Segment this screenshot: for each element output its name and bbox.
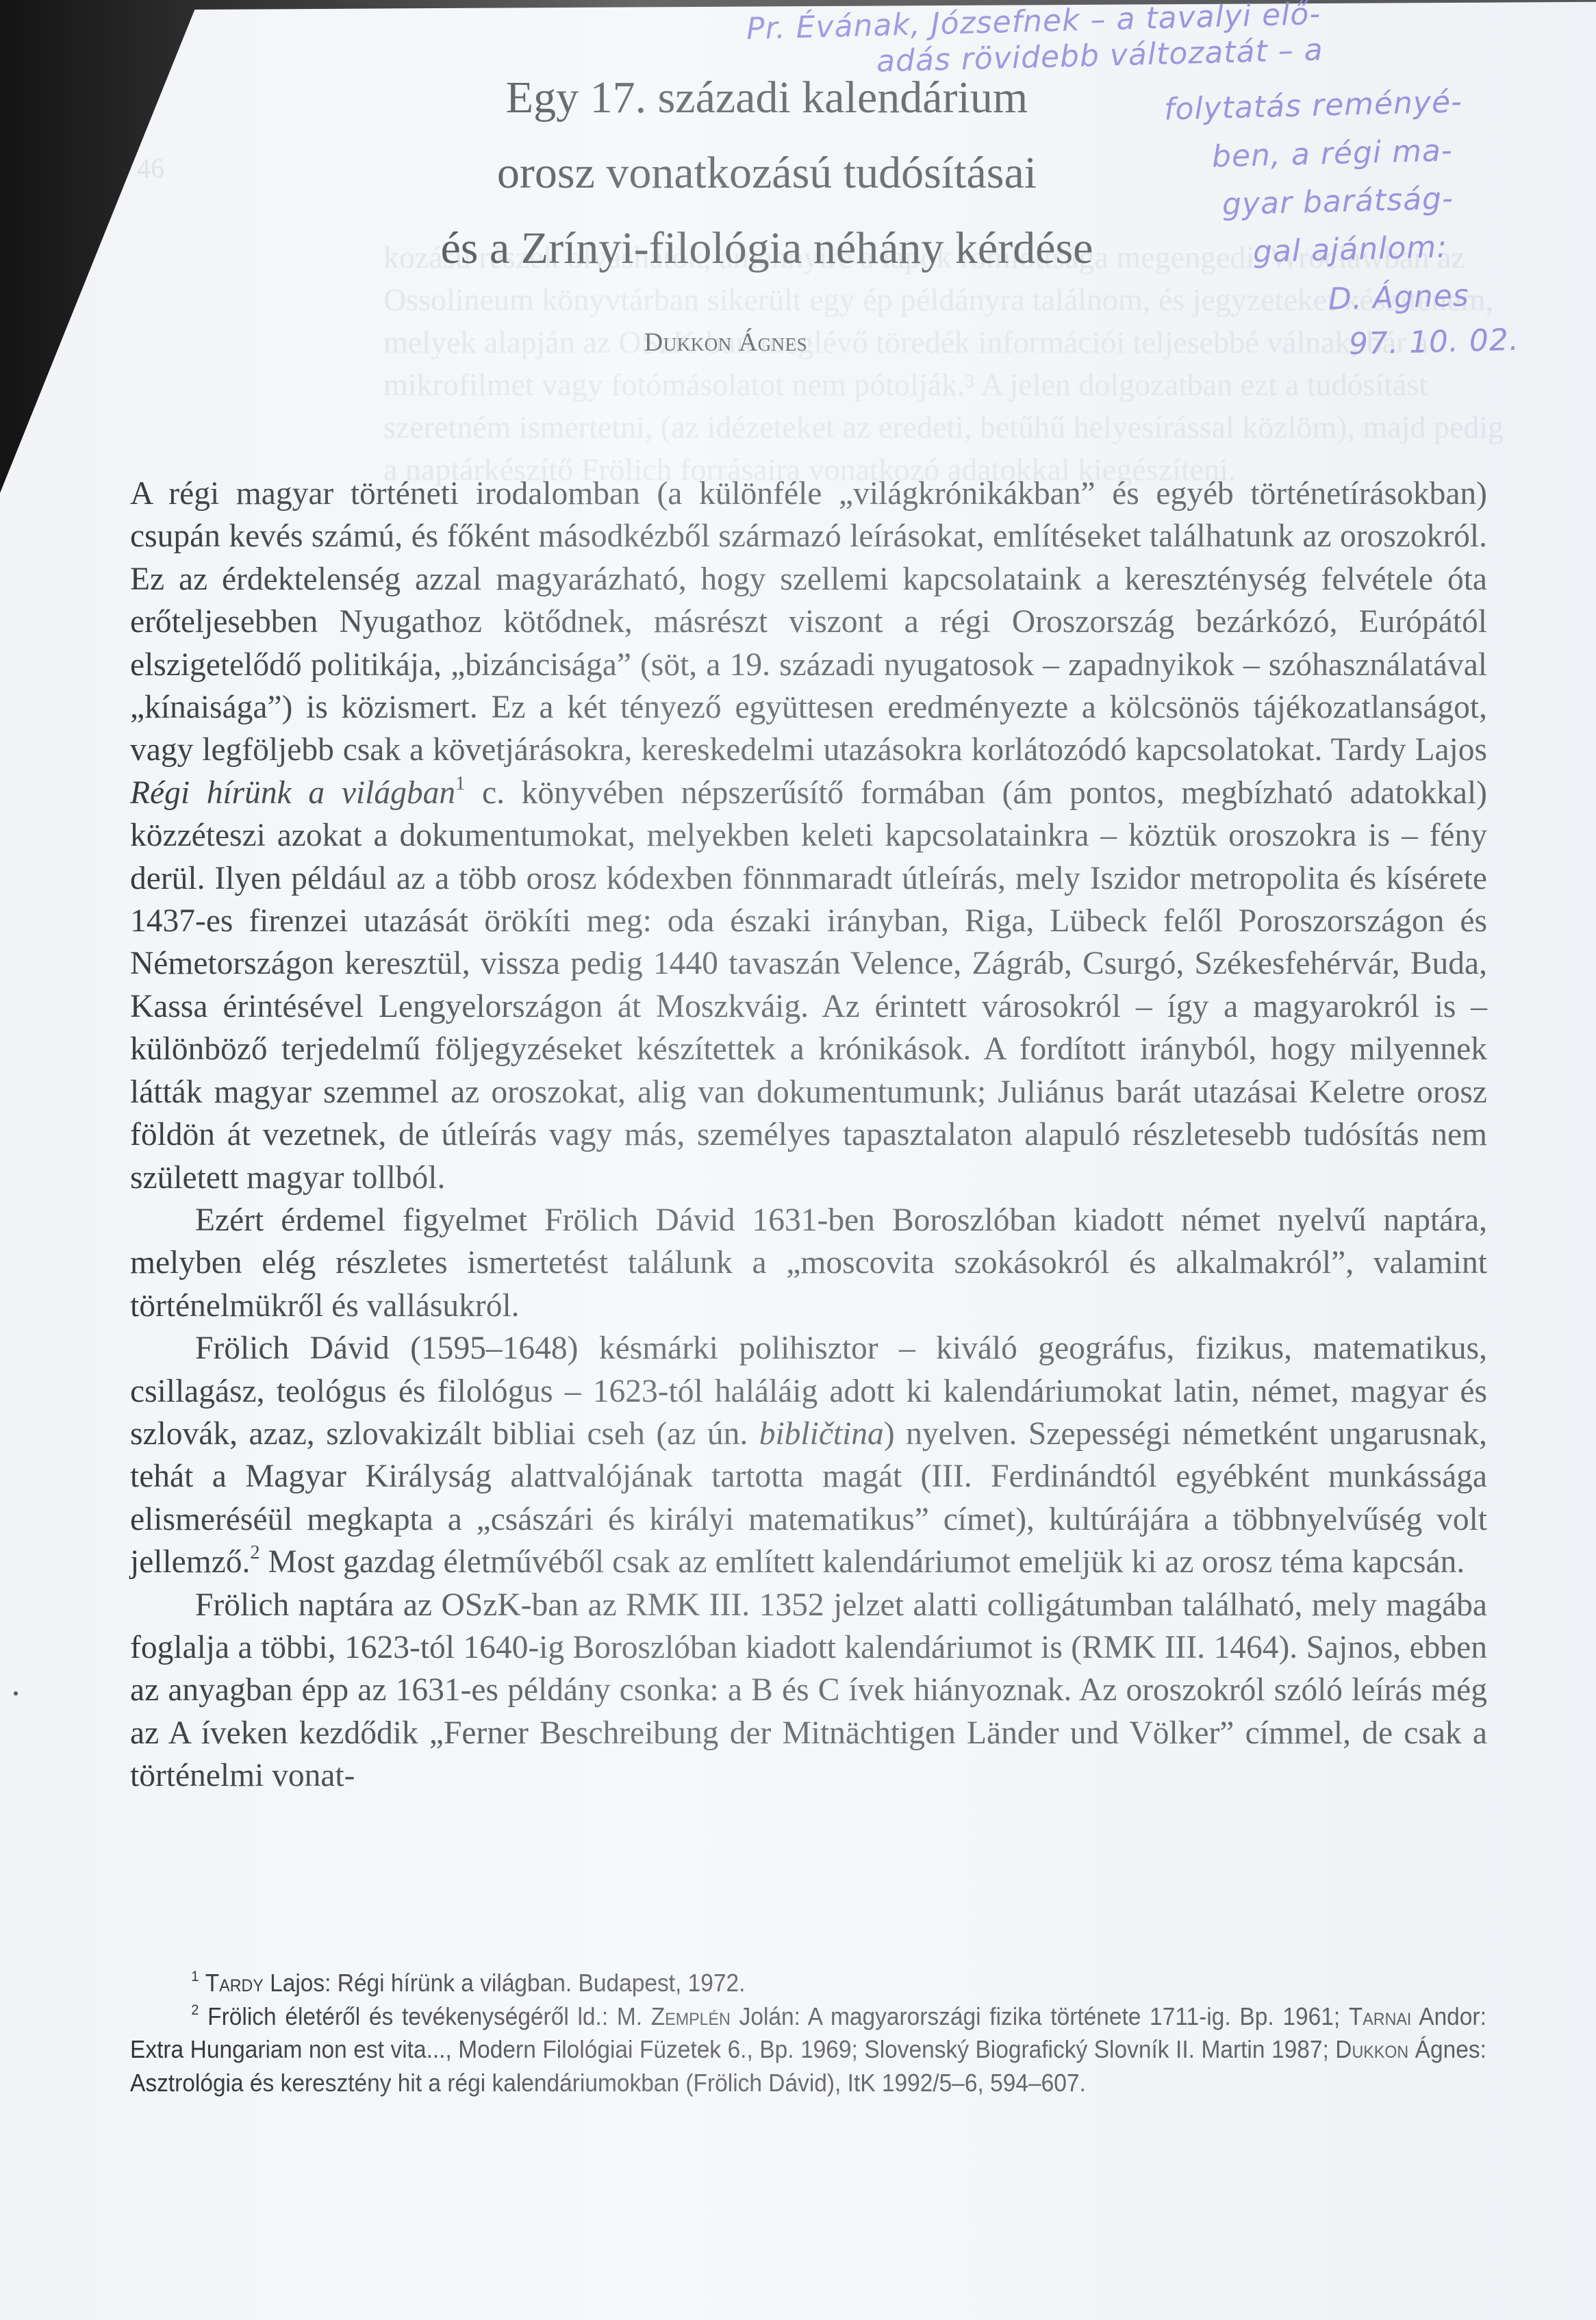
footnote-text: Frölich életéről és tevékenységéről ld.:… xyxy=(199,2002,650,2030)
footnote-number: 1 xyxy=(191,1967,199,1984)
paragraph-text: Frölich naptára az OSzK-ban az RMK III. … xyxy=(130,1587,1487,1794)
paragraph-4: Frölich naptára az OSzK-ban az RMK III. … xyxy=(130,1584,1487,1798)
handwritten-note-line: folytatás reményé- xyxy=(1163,81,1462,130)
handwritten-note-line: gal ajánlom: xyxy=(1252,227,1447,273)
article-title-line-2: orosz vonatkozású tudósításai xyxy=(383,151,1150,196)
bleed-line: mikrofilmet vagy fotómásolatot nem pótol… xyxy=(383,364,1428,406)
footnote-ref-2[interactable]: 2 xyxy=(250,1542,259,1563)
handwritten-date: 97. 10. 02. xyxy=(1348,320,1519,365)
paragraph-1: A régi magyar történeti irodalomban (a k… xyxy=(130,472,1487,1199)
article-title-line-3: és a Zrínyi-filológia néhány kérdése xyxy=(383,226,1150,271)
bleed-line: melyek alapján az OSzK-ban meglévő töred… xyxy=(383,321,1428,364)
paragraph-text: c. könyvében népszerűsítő formában (ám p… xyxy=(130,775,1487,1196)
book-title-italic: Régi hírünk a világban xyxy=(130,775,455,811)
paragraph-3: Frölich Dávid (1595–1648) késmárki polih… xyxy=(130,1327,1487,1583)
scan-edge-shadow xyxy=(0,0,199,493)
footnote-1: 1 Tardy Lajos: Régi hírünk a világban. B… xyxy=(130,1967,1486,2000)
footnote-text: Jolán: A magyarországi fizika története … xyxy=(731,2002,1349,2030)
bleed-line: Ossolineum könyvtárban sikerült egy ép p… xyxy=(383,279,1493,321)
footnote-author: Tardy xyxy=(205,1969,264,1997)
footnote-author: Tarnai xyxy=(1349,2002,1412,2030)
article-title-line-1: Egy 17. századi kalendárium xyxy=(383,75,1150,121)
paragraph-text: A régi magyar történeti irodalomban (a k… xyxy=(130,476,1487,768)
handwritten-signature: D. Ágnes xyxy=(1328,275,1469,320)
footnote-2: 2 Frölich életéről és tevékenységéről ld… xyxy=(130,2000,1486,2100)
handwritten-note-line: gyar barátság- xyxy=(1221,179,1454,226)
article-body: A régi magyar történeti irodalomban (a k… xyxy=(130,472,1487,1798)
paragraph-text: Ezért érdemel figyelmet Frölich Dávid 16… xyxy=(130,1202,1487,1324)
term-italic: bibličtina xyxy=(759,1416,884,1452)
paragraph-text: Most gazdag életművéből csak az említett… xyxy=(260,1544,1465,1580)
footnote-text: Lajos: Régi hírünk a világban. Budapest,… xyxy=(264,1969,746,1997)
bleed-line: szeretném ismertetni, (az idézeteket az … xyxy=(383,406,1504,449)
footnotes: 1 Tardy Lajos: Régi hírünk a világban. B… xyxy=(130,1967,1486,2100)
bleed-page-number: 46 xyxy=(137,147,164,190)
handwritten-note-line: ben, a régi ma- xyxy=(1211,130,1453,177)
footnote-ref-1[interactable]: 1 xyxy=(455,773,465,794)
paragraph-2: Ezért érdemel figyelmet Frölich Dávid 16… xyxy=(130,1199,1487,1327)
footnote-author: Dukkon xyxy=(1335,2035,1408,2063)
footnote-author: Zemplén xyxy=(651,2002,731,2030)
scan-speck xyxy=(14,1691,18,1695)
footnote-number: 2 xyxy=(191,2000,199,2017)
article-author: Dukkon Ágnes xyxy=(589,327,863,357)
